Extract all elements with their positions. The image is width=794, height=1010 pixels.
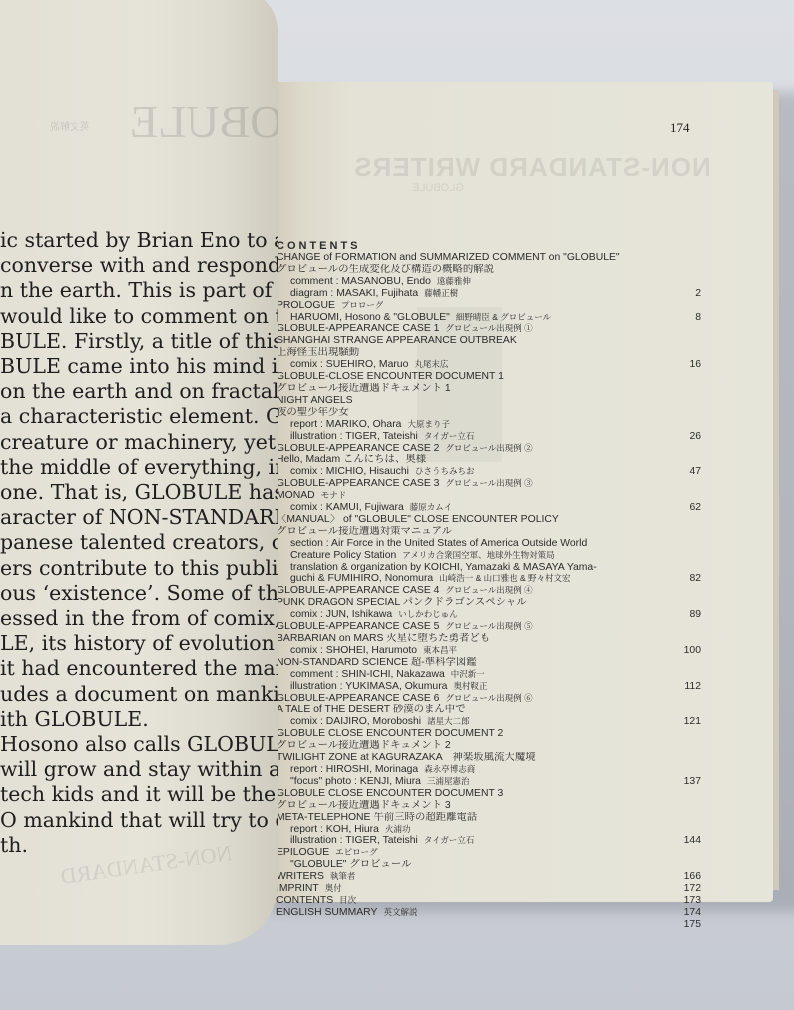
toc-entry-title: illustration : TIGER, Tateishi — [290, 835, 418, 846]
toc-entry-title: comment : MASANOBU, Endo — [290, 276, 431, 287]
body-line: on the earth and on fractal, an — [0, 379, 278, 404]
body-line: BULE came into his mind inspire — [0, 354, 278, 379]
toc-entry-page: 144 — [671, 835, 701, 847]
toc-entry: SHANGHAI STRANGE APPEARANCE OUTBREAK — [276, 335, 701, 347]
toc-entry-page — [671, 383, 701, 395]
toc-entry-text: META-TELEPHONE 午前三時の超距離電話 — [276, 812, 483, 824]
toc-entry-page: 137 — [671, 776, 701, 788]
toc-entry-page — [671, 728, 701, 740]
toc-entry: GLOBULE CLOSE ENCOUNTER DOCUMENT 2 — [276, 728, 701, 740]
toc-entry: Hello, Madam こんにちは、奥様 — [276, 454, 701, 466]
toc-entry: CONTENTS目次173 — [276, 895, 701, 907]
toc-entry-title: HARUOMI, Hosono & "GLOBULE" — [290, 312, 450, 323]
toc-entry-page — [671, 550, 701, 562]
toc-entry-title: comment : SHIN-ICHI, Nakazawa — [290, 669, 445, 680]
toc-entry: GLOBULE-APPEARANCE CASE 3グロビュール出現例 ③ — [276, 478, 701, 490]
toc-entry-page: 47 — [671, 466, 701, 478]
toc-entry-japanese: グロビュール出現例 ③ — [445, 478, 532, 488]
toc-entry: BARBARIAN on MARS 火星に堕ちた勇者ども — [276, 633, 701, 645]
toc-entry-page — [671, 693, 701, 705]
toc-entry-japanese: 奥付 — [325, 883, 342, 893]
toc-entry-title: "focus" photo : KENJI, Miura — [290, 776, 421, 787]
show-through-header: GLOBULE — [130, 95, 278, 148]
toc-entry-title: illustration : YUKIMASA, Okumura — [290, 681, 447, 692]
toc-entry: A TALE of THE DESERT 砂漠のまん中で — [276, 704, 701, 716]
toc-entry: GLOBULE-APPEARANCE CASE 5グロビュール出現例 ⑤ — [276, 621, 701, 633]
toc-entry-japanese: エピローグ — [335, 847, 378, 857]
toc-entry-page — [671, 443, 701, 455]
toc-entry-text: WRITERS執筆者 — [276, 871, 355, 883]
toc-entry-title: グロビュール接近遭遇ドキュメント 3 — [276, 800, 451, 811]
toc-entry-page — [671, 538, 701, 550]
toc-entry: グロビュール接近遭遇ドキュメント 1 — [276, 383, 701, 395]
toc-entry-page: 121 — [671, 716, 701, 728]
toc-entry-text: GLOBULE-APPEARANCE CASE 1グロビュール出現例 ① — [276, 323, 533, 335]
toc-entry-title: NON-STANDARD SCIENCE 超-準科学図鑑 — [276, 657, 477, 668]
toc-entry-page — [671, 490, 701, 502]
body-line: tech kids and it will be the real — [0, 782, 278, 807]
toc-entry-title: PUNK DRAGON SPECIAL パンクドラゴンスペシャル — [276, 597, 527, 608]
body-text: ic started by Brian Eno to a gl converse… — [0, 228, 278, 858]
right-page-contents: 174 NON-STANDARD WRITERS GLOBULE CONTENT… — [262, 82, 773, 902]
toc-entry-page: 172 — [671, 883, 701, 895]
toc-entry-text: GLOBULE-APPEARANCE CASE 6グロビュール出現例 ⑥ — [276, 693, 533, 705]
toc-entry-page — [671, 264, 701, 276]
table-of-contents: CONTENTS CHANGE of FORMATION and SUMMARI… — [276, 240, 701, 931]
toc-entry-page — [671, 657, 701, 669]
toc-entry: 夜の聖少年少女 — [276, 407, 701, 419]
toc-entry-page — [671, 407, 701, 419]
toc-entry-text: section : Air Force in the United States… — [276, 538, 593, 550]
toc-entry-title: META-TELEPHONE 午前三時の超距離電話 — [276, 812, 477, 823]
toc-entry-text: グロビュール接近遭遇ドキュメント 3 — [276, 800, 457, 812]
toc-entry: GLOBULE-APPEARANCE CASE 4グロビュール出現例 ④ — [276, 585, 701, 597]
toc-title: CONTENTS — [276, 240, 701, 252]
toc-entry: illustration : TIGER, Tateishiタイガー立石26 — [276, 431, 701, 443]
toc-entry-japanese: 藤原カムイ — [410, 502, 452, 512]
toc-entry-title: GLOBULE-APPEARANCE CASE 6 — [276, 693, 439, 704]
toc-entry-title: GLOBULE-CLOSE ENCOUNTER DOCUMENT 1 — [276, 371, 504, 382]
toc-entry: グロビュールの生成変化及び構造の概略的解説 — [276, 264, 701, 276]
toc-entry-title: SHANGHAI STRANGE APPEARANCE OUTBREAK — [276, 335, 517, 346]
toc-entry-text: NON-STANDARD SCIENCE 超-準科学図鑑 — [276, 657, 483, 669]
toc-entry-text: グロビュール接近遭遇ドキュメント 2 — [276, 740, 457, 752]
body-line: udes a document on mankind’s — [0, 682, 278, 707]
toc-entry-title: EPILOGUE — [276, 847, 329, 858]
toc-entry-title: ENGLISH SUMMARY — [276, 907, 377, 918]
body-line: creature or machinery, yet it is — [0, 430, 278, 455]
toc-entry-title: WRITERS — [276, 871, 324, 882]
body-line: Hosono also calls GLOBULE — [0, 732, 278, 757]
body-line: n the earth. This is part of the — [0, 278, 278, 303]
toc-entry-title: CONTENTS — [276, 895, 333, 906]
toc-entry-title: comix : SHOHEI, Harumoto — [290, 645, 417, 656]
toc-entry: NON-STANDARD SCIENCE 超-準科学図鑑 — [276, 657, 701, 669]
toc-entry: comix : SHOHEI, Harumoto東本昌平100 — [276, 645, 701, 657]
toc-entry-japanese: ひさうちみちお — [415, 466, 475, 476]
toc-entry-page — [671, 395, 701, 407]
toc-entry-title: report : MARIKO, Ohara — [290, 419, 401, 430]
body-line: would like to comment on this p — [0, 304, 278, 329]
toc-entry-text: IMPRINT奥付 — [276, 883, 342, 895]
body-line: aracter of NON-STANDARD. Var — [0, 505, 278, 530]
toc-entry-text — [276, 919, 282, 931]
body-line: the middle of everything, in a — [0, 455, 278, 480]
toc-entry: TWILIGHT ZONE at KAGURAZAKA 神楽坂風流大魔境 — [276, 752, 701, 764]
toc-entry-page — [671, 419, 701, 431]
toc-entry-japanese: 火浦功 — [385, 824, 411, 834]
toc-entry-japanese: 細野晴臣 & グロビュール — [456, 312, 551, 322]
toc-entry: GLOBULE CLOSE ENCOUNTER DOCUMENT 3 — [276, 788, 701, 800]
left-page-english-summary: GLOBULE 英文解説 NON-STANDARD ic started by … — [0, 0, 278, 945]
toc-entry-title: 上海怪玉出現騒動 — [276, 347, 359, 358]
toc-entry: GLOBULE-APPEARANCE CASE 6グロビュール出現例 ⑥ — [276, 693, 701, 705]
toc-entry-title: グロビュールの生成変化及び構造の概略的解説 — [276, 264, 494, 275]
toc-entry: GLOBULE-APPEARANCE CASE 2グロビュール出現例 ② — [276, 443, 701, 455]
toc-entry-title: 夜の聖少年少女 — [276, 407, 349, 418]
toc-list: CHANGE of FORMATION and SUMMARIZED COMME… — [276, 252, 701, 931]
toc-entry-japanese: グロビュール出現例 ⑤ — [445, 621, 532, 631]
toc-entry-page — [671, 621, 701, 633]
toc-entry-page — [671, 633, 701, 645]
toc-entry: illustration : YUKIMASA, Okumura奥村靫正112 — [276, 681, 701, 693]
toc-entry-title: report : KOH, Hiura — [290, 824, 379, 835]
toc-entry-text: MONADモナド — [276, 490, 346, 502]
toc-entry-title: GLOBULE-APPEARANCE CASE 1 — [276, 323, 439, 334]
body-line: ers contribute to this publication — [0, 556, 278, 581]
toc-entry-page — [671, 669, 701, 681]
toc-entry-japanese: 藤幡正樹 — [424, 288, 458, 298]
toc-entry-text: Hello, Madam こんにちは、奥様 — [276, 454, 432, 466]
toc-entry-japanese: いしかわじゅん — [398, 609, 458, 619]
toc-entry-japanese: 諸星大二郎 — [427, 716, 470, 726]
toc-entry: グロビュール接近遭遇ドキュメント 2 — [276, 740, 701, 752]
toc-entry: GLOBULE-CLOSE ENCOUNTER DOCUMENT 1 — [276, 371, 701, 383]
toc-entry-text: comix : JUN, Ishikawaいしかわじゅん — [276, 609, 458, 621]
toc-entry-text: illustration : TIGER, Tateishiタイガー立石 — [276, 431, 474, 443]
toc-entry-page — [671, 812, 701, 824]
toc-entry-text: report : MARIKO, Ohara大原まり子 — [276, 419, 450, 431]
toc-entry-text: TWILIGHT ZONE at KAGURAZAKA 神楽坂風流大魔境 — [276, 752, 542, 764]
toc-entry-title: comix : SUEHIRO, Maruo — [290, 359, 408, 370]
toc-entry: CHANGE of FORMATION and SUMMARIZED COMME… — [276, 252, 701, 264]
toc-entry-title: グロビュール接近遭遇対策マニュアル — [276, 526, 452, 537]
toc-entry-japanese: 中沢新一 — [451, 669, 485, 679]
toc-entry: comix : SUEHIRO, Maruo丸尾末広16 — [276, 359, 701, 371]
toc-entry-text: Creature Policy Stationアメリカ合衆国空軍、地球外生物対策… — [276, 550, 555, 562]
toc-entry-page — [671, 514, 701, 526]
toc-entry-page — [671, 276, 701, 288]
toc-entry-title: comix : DAIJIRO, Moroboshi — [290, 716, 421, 727]
body-line: converse with and respond — [0, 253, 278, 278]
toc-entry-title: GLOBULE-APPEARANCE CASE 4 — [276, 585, 439, 596]
toc-entry-japanese: 大原まり子 — [407, 419, 450, 429]
toc-entry-title: グロビュール接近遭遇ドキュメント 2 — [276, 740, 451, 751]
toc-entry-text: CONTENTS目次 — [276, 895, 356, 907]
toc-entry-japanese: 森永亭博志商 — [424, 764, 475, 774]
toc-entry-title: guchi & FUMIHIRO, Nonomura — [290, 573, 433, 584]
toc-entry-page: 16 — [671, 359, 701, 371]
toc-entry-japanese: 執筆者 — [330, 871, 356, 881]
toc-entry-title: comix : KAMUI, Fujiwara — [290, 502, 404, 513]
toc-entry-text: GLOBULE-APPEARANCE CASE 5グロビュール出現例 ⑤ — [276, 621, 533, 633]
toc-entry: Creature Policy Stationアメリカ合衆国空軍、地球外生物対策… — [276, 550, 701, 562]
body-line: panese talented creators, comix/ar — [0, 530, 278, 555]
toc-entry: comix : DAIJIRO, Moroboshi諸星大二郎121 — [276, 716, 701, 728]
toc-entry-japanese: グロビュール出現例 ① — [445, 323, 532, 333]
body-line: ous ‘existence’. Some of the co — [0, 581, 278, 606]
body-line: a characteristic element. GLOB — [0, 404, 278, 429]
toc-entry-title: MONAD — [276, 490, 315, 501]
toc-entry: IMPRINT奥付172 — [276, 883, 701, 895]
toc-entry-text: NIGHT ANGELS — [276, 395, 359, 407]
toc-entry: translation & organization by KOICHI, Ya… — [276, 562, 701, 574]
toc-entry: GLOBULE-APPEARANCE CASE 1グロビュール出現例 ① — [276, 323, 701, 335]
body-line: one. That is, GLOBULE has bee — [0, 480, 278, 505]
toc-entry-text: GLOBULE CLOSE ENCOUNTER DOCUMENT 2 — [276, 728, 509, 740]
toc-entry-title: GLOBULE-APPEARANCE CASE 5 — [276, 621, 439, 632]
toc-entry: comix : KAMUI, Fujiwara藤原カムイ62 — [276, 502, 701, 514]
toc-entry-text: 上海怪玉出現騒動 — [276, 347, 365, 359]
toc-entry-page — [671, 323, 701, 335]
page-number: 174 — [670, 120, 690, 136]
toc-entry-page — [671, 859, 701, 871]
toc-entry-japanese: 遠藤雅伸 — [437, 276, 471, 286]
toc-entry-page: 89 — [671, 609, 701, 621]
toc-entry-title: GLOBULE CLOSE ENCOUNTER DOCUMENT 2 — [276, 728, 503, 739]
toc-entry-title: illustration : TIGER, Tateishi — [290, 431, 418, 442]
toc-entry: グロビュール接近遭遇ドキュメント 3 — [276, 800, 701, 812]
body-line: O mankind that will try to dia — [0, 808, 278, 833]
toc-entry-title: NIGHT ANGELS — [276, 395, 353, 406]
toc-entry: report : MARIKO, Ohara大原まり子 — [276, 419, 701, 431]
toc-entry-title: GLOBULE-APPEARANCE CASE 2 — [276, 443, 439, 454]
toc-entry-japanese: 目次 — [339, 895, 356, 905]
toc-entry-page: 100 — [671, 645, 701, 657]
toc-entry: "focus" photo : KENJI, Miura三浦屋憲治137 — [276, 776, 701, 788]
toc-entry-text: report : KOH, Hiura火浦功 — [276, 824, 410, 836]
toc-entry-page: 62 — [671, 502, 701, 514]
toc-entry-japanese: グロビュール出現例 ② — [445, 443, 532, 453]
body-line: ith GLOBULE. — [0, 707, 278, 732]
toc-entry-text: CHANGE of FORMATION and SUMMARIZED COMME… — [276, 252, 626, 264]
toc-entry-page — [671, 300, 701, 312]
toc-entry-text: guchi & FUMIHIRO, Nonomura山崎浩一 & 山口雅也 & … — [276, 573, 571, 585]
toc-entry-japanese: タイガー立石 — [424, 835, 475, 845]
toc-entry-page — [671, 788, 701, 800]
toc-entry: illustration : TIGER, Tateishiタイガー立石144 — [276, 835, 701, 847]
toc-entry-page — [671, 585, 701, 597]
toc-entry-japanese: グロビュール出現例 ⑥ — [445, 693, 532, 703]
toc-entry-page — [671, 371, 701, 383]
toc-entry-text: BARBARIAN on MARS 火星に堕ちた勇者ども — [276, 633, 496, 645]
toc-entry-text: "focus" photo : KENJI, Miura三浦屋憲治 — [276, 776, 469, 788]
toc-entry-text: comix : SHOHEI, Harumoto東本昌平 — [276, 645, 457, 657]
toc-entry: WRITERS執筆者166 — [276, 871, 701, 883]
toc-entry-japanese: 山崎浩一 & 山口雅也 & 野々村文宏 — [439, 573, 570, 583]
toc-entry: META-TELEPHONE 午前三時の超距離電話 — [276, 812, 701, 824]
toc-entry-title: グロビュール接近遭遇ドキュメント 1 — [276, 383, 451, 394]
toc-entry-page: 173 — [671, 895, 701, 907]
toc-entry-text: diagram : MASAKI, Fujihata藤幡正樹 — [276, 288, 458, 300]
toc-entry-page: 2 — [671, 288, 701, 300]
toc-entry: PUNK DRAGON SPECIAL パンクドラゴンスペシャル — [276, 597, 701, 609]
toc-entry-page — [671, 597, 701, 609]
toc-entry-page: 174 — [671, 907, 701, 919]
toc-entry-page — [671, 800, 701, 812]
toc-entry-text: GLOBULE-APPEARANCE CASE 4グロビュール出現例 ④ — [276, 585, 533, 597]
toc-entry-japanese: 丸尾末広 — [414, 359, 448, 369]
toc-entry-page: 166 — [671, 871, 701, 883]
page-edge — [773, 90, 779, 890]
toc-entry-text: translation & organization by KOICHI, Ya… — [276, 562, 603, 574]
toc-entry-text: comment : SHIN-ICHI, Nakazawa中沢新一 — [276, 669, 485, 681]
toc-entry-title: GLOBULE-APPEARANCE CASE 3 — [276, 478, 439, 489]
toc-entry-page: 26 — [671, 431, 701, 443]
show-through-subtitle: GLOBULE — [412, 182, 464, 194]
body-line: essed in the from of comix, a dia — [0, 606, 278, 631]
toc-entry: guchi & FUMIHIRO, Nonomura山崎浩一 & 山口雅也 & … — [276, 573, 701, 585]
toc-entry-japanese: 三浦屋憲治 — [427, 776, 470, 786]
toc-entry: 〈MANUAL〉 of "GLOBULE" CLOSE ENCOUNTER PO… — [276, 514, 701, 526]
toc-entry-page — [671, 454, 701, 466]
toc-entry: MONADモナド — [276, 490, 701, 502]
toc-entry: グロビュール接近遭遇対策マニュアル — [276, 526, 701, 538]
toc-entry-japanese: 英文解説 — [383, 907, 417, 917]
toc-entry: report : KOH, Hiura火浦功 — [276, 824, 701, 836]
toc-entry-page — [671, 740, 701, 752]
toc-entry-text: SHANGHAI STRANGE APPEARANCE OUTBREAK — [276, 335, 523, 347]
toc-entry-page — [671, 847, 701, 859]
toc-entry: report : HIROSHI, Morinaga森永亭博志商 — [276, 764, 701, 776]
toc-entry-japanese: タイガー立石 — [424, 431, 475, 441]
toc-entry: "GLOBULE" グロビュール — [276, 859, 701, 871]
show-through-header-small: 英文解説 — [50, 118, 90, 133]
toc-entry-text: グロビュール接近遭遇ドキュメント 1 — [276, 383, 457, 395]
toc-entry-title: comix : JUN, Ishikawa — [290, 609, 392, 620]
toc-entry-text: illustration : YUKIMASA, Okumura奥村靫正 — [276, 681, 487, 693]
toc-entry-page: 112 — [671, 681, 701, 693]
body-line: ic started by Brian Eno to a gl — [0, 228, 278, 253]
toc-entry-text: GLOBULE-APPEARANCE CASE 2グロビュール出現例 ② — [276, 443, 533, 455]
toc-entry-title: section : Air Force in the United States… — [290, 538, 587, 549]
toc-entry-page: 8 — [671, 312, 701, 324]
toc-entry-japanese: モナド — [321, 490, 347, 500]
toc-entry-text: HARUOMI, Hosono & "GLOBULE"細野晴臣 & グロビュール — [276, 312, 551, 324]
toc-entry-title: comix : MICHIO, Hisauchi — [290, 466, 409, 477]
toc-entry: section : Air Force in the United States… — [276, 538, 701, 550]
toc-entry-text: 夜の聖少年少女 — [276, 407, 355, 419]
toc-entry-text: report : HIROSHI, Morinaga森永亭博志商 — [276, 764, 475, 776]
toc-entry: comix : MICHIO, Hisauchiひさうちみちお47 — [276, 466, 701, 478]
toc-entry-title: PROLOGUE — [276, 300, 335, 311]
toc-entry: diagram : MASAKI, Fujihata藤幡正樹2 — [276, 288, 701, 300]
toc-entry-text: A TALE of THE DESERT 砂漠のまん中で — [276, 704, 472, 716]
toc-entry-title: Creature Policy Station — [290, 550, 396, 561]
body-line: BULE. Firstly, a title of this b — [0, 329, 278, 354]
toc-entry-text: comix : KAMUI, Fujiwara藤原カムイ — [276, 502, 452, 514]
toc-entry-title: report : HIROSHI, Morinaga — [290, 764, 418, 775]
toc-entry-text: GLOBULE CLOSE ENCOUNTER DOCUMENT 3 — [276, 788, 509, 800]
toc-entry-text: "GLOBULE" グロビュール — [276, 859, 418, 871]
toc-entry: comment : MASANOBU, Endo遠藤雅伸 — [276, 276, 701, 288]
toc-entry-page: 175 — [671, 919, 701, 931]
show-through-title: NON-STANDARD WRITERS — [322, 152, 742, 183]
toc-entry-text: グロビュール接近遭遇対策マニュアル — [276, 526, 458, 538]
toc-entry-title: GLOBULE CLOSE ENCOUNTER DOCUMENT 3 — [276, 788, 503, 799]
toc-entry-page — [671, 526, 701, 538]
toc-entry-text: PUNK DRAGON SPECIAL パンクドラゴンスペシャル — [276, 597, 533, 609]
toc-entry-title: "GLOBULE" グロビュール — [290, 859, 412, 870]
toc-entry-text: comix : MICHIO, Hisauchiひさうちみちお — [276, 466, 474, 478]
toc-entry-japanese: アメリカ合衆国空軍、地球外生物対策局 — [402, 550, 554, 560]
toc-entry-text: PROLOGUEプロローグ — [276, 300, 383, 312]
toc-entry-text: illustration : TIGER, Tateishiタイガー立石 — [276, 835, 474, 847]
toc-entry-page — [671, 704, 701, 716]
toc-entry-japanese: 東本昌平 — [423, 645, 457, 655]
toc-entry-text: ENGLISH SUMMARY英文解説 — [276, 907, 417, 919]
toc-entry-text: EPILOGUEエピローグ — [276, 847, 378, 859]
toc-entry-text: comment : MASANOBU, Endo遠藤雅伸 — [276, 276, 471, 288]
toc-entry-text: comix : SUEHIRO, Maruo丸尾末広 — [276, 359, 448, 371]
toc-entry-page — [671, 752, 701, 764]
toc-entry-title: TWILIGHT ZONE at KAGURAZAKA 神楽坂風流大魔境 — [276, 752, 536, 763]
toc-entry-page — [671, 764, 701, 776]
body-line: will grow and stay within a mi — [0, 757, 278, 782]
toc-entry-page — [671, 478, 701, 490]
toc-entry-title: BARBARIAN on MARS 火星に堕ちた勇者ども — [276, 633, 490, 644]
toc-entry: comment : SHIN-ICHI, Nakazawa中沢新一 — [276, 669, 701, 681]
toc-entry: NIGHT ANGELS — [276, 395, 701, 407]
toc-entry-title: A TALE of THE DESERT 砂漠のまん中で — [276, 704, 466, 715]
toc-entry-japanese: グロビュール出現例 ④ — [445, 585, 532, 595]
toc-entry: 上海怪玉出現騒動 — [276, 347, 701, 359]
toc-entry-title: diagram : MASAKI, Fujihata — [290, 288, 418, 299]
toc-entry-title: CHANGE of FORMATION and SUMMARIZED COMME… — [276, 252, 620, 263]
toc-entry-page — [671, 347, 701, 359]
toc-entry-title: Hello, Madam こんにちは、奥様 — [276, 454, 426, 465]
toc-entry: comix : JUN, Ishikawaいしかわじゅん89 — [276, 609, 701, 621]
toc-entry-text: GLOBULE-CLOSE ENCOUNTER DOCUMENT 1 — [276, 371, 510, 383]
body-line: th. — [0, 833, 278, 858]
toc-entry-text: comix : DAIJIRO, Moroboshi諸星大二郎 — [276, 716, 470, 728]
toc-entry-page — [671, 562, 701, 574]
toc-entry-japanese: プロローグ — [341, 300, 384, 310]
toc-entry-japanese: 奥村靫正 — [453, 681, 487, 691]
toc-entry-page — [671, 824, 701, 836]
body-line: it had encountered the mank — [0, 656, 278, 681]
toc-entry-text: GLOBULE-APPEARANCE CASE 3グロビュール出現例 ③ — [276, 478, 533, 490]
toc-entry-title: 〈MANUAL〉 of "GLOBULE" CLOSE ENCOUNTER PO… — [276, 514, 559, 525]
toc-entry: PROLOGUEプロローグ — [276, 300, 701, 312]
toc-entry-page — [671, 252, 701, 264]
toc-entry-text: グロビュールの生成変化及び構造の概略的解説 — [276, 264, 500, 276]
toc-entry-title: translation & organization by KOICHI, Ya… — [290, 562, 597, 573]
body-line: LE, its history of evolution and — [0, 631, 278, 656]
toc-entry-title: IMPRINT — [276, 883, 319, 894]
toc-entry: HARUOMI, Hosono & "GLOBULE"細野晴臣 & グロビュール… — [276, 312, 701, 324]
toc-entry: 175 — [276, 919, 701, 931]
toc-entry-page: 82 — [671, 573, 701, 585]
toc-entry: ENGLISH SUMMARY英文解説174 — [276, 907, 701, 919]
toc-entry-page — [671, 335, 701, 347]
toc-entry: EPILOGUEエピローグ — [276, 847, 701, 859]
toc-entry-text: 〈MANUAL〉 of "GLOBULE" CLOSE ENCOUNTER PO… — [276, 514, 565, 526]
